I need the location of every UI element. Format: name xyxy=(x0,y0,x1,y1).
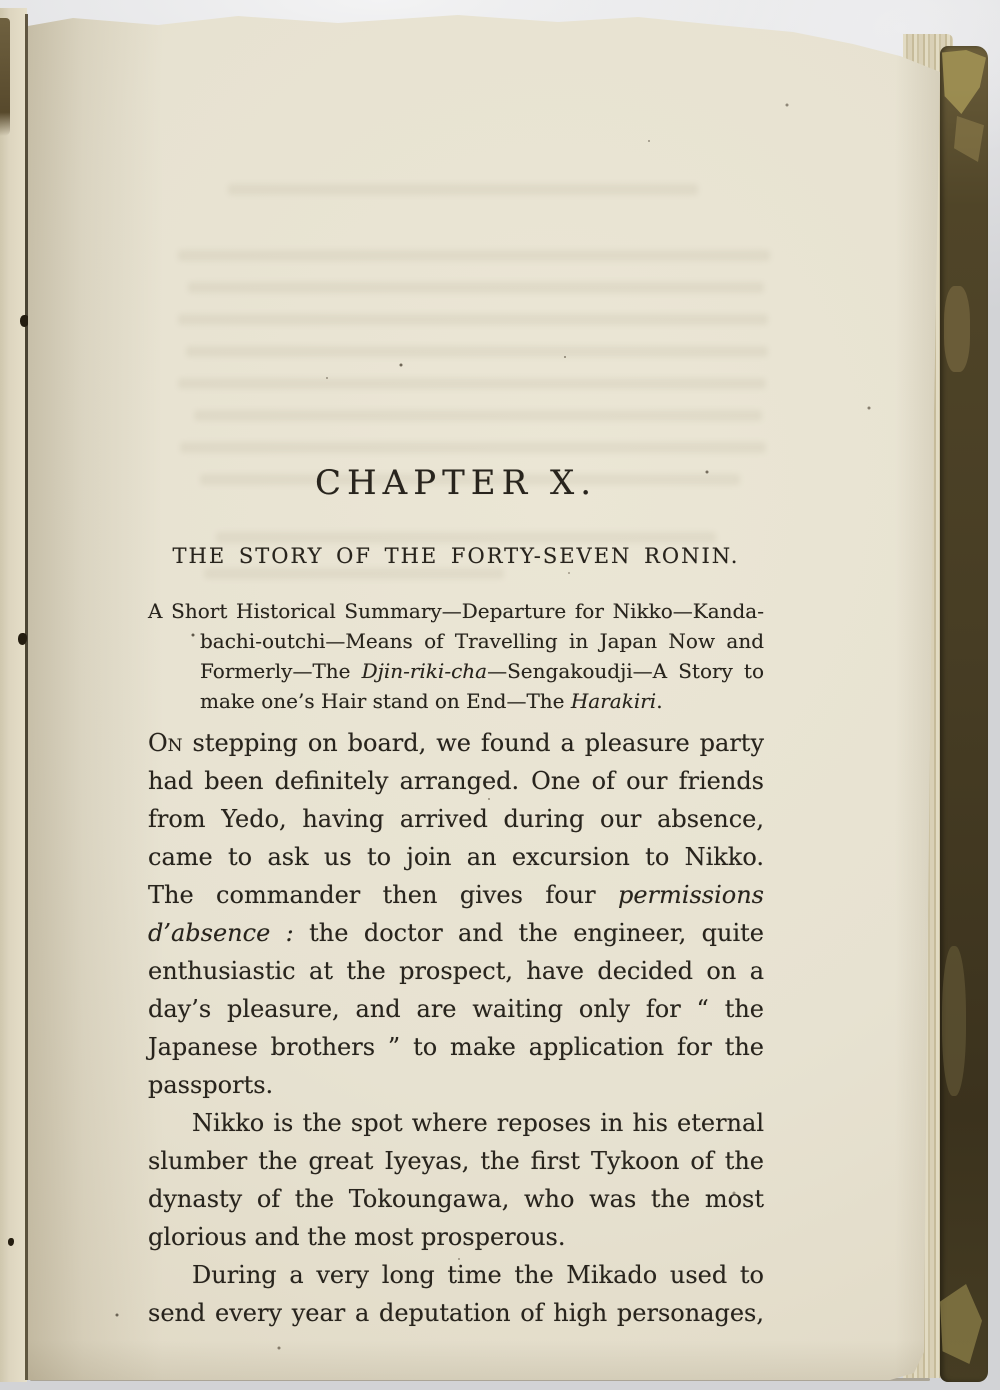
cover-tear xyxy=(944,286,970,372)
book-photo: CHAPTER X. THE STORY OF THE FORTY-SEVEN … xyxy=(0,0,1000,1390)
section-title: THE STORY OF THE FORTY-SEVEN RONIN. xyxy=(148,542,764,570)
cover-tear xyxy=(954,116,984,162)
text-line: Nikko is the spot where reposes in his e… xyxy=(148,1104,764,1142)
summary-line: make one’s Hair stand on End—The Harakir… xyxy=(148,686,764,716)
gutter-line xyxy=(25,14,28,1380)
summary-line: A Short Historical Summary—Departure for… xyxy=(148,596,764,626)
text-line: send every year a deputation of high per… xyxy=(148,1294,764,1332)
text-line: On stepping on board, we found a pleasur… xyxy=(148,724,764,762)
summary-line: bachi-outchi—Means of Travelling in Japa… xyxy=(148,626,764,656)
chapter-title: CHAPTER X. xyxy=(148,464,764,502)
book-cover-edge xyxy=(940,46,988,1382)
body-text: On stepping on board, we found a pleasur… xyxy=(148,724,764,1332)
summary-line: Formerly—The Djin-riki-cha—Sengakoudji—A… xyxy=(148,656,764,686)
text-line: d’absence : the doctor and the engineer,… xyxy=(148,914,764,952)
text-line: Japanese brothers ” to make application … xyxy=(148,1028,764,1066)
text-line: from Yedo, having arrived during our abs… xyxy=(148,800,764,838)
text-line: had been definitely arranged. One of our… xyxy=(148,762,764,800)
text-line: passports. xyxy=(148,1066,764,1104)
ink-speck xyxy=(28,12,30,14)
cover-tear xyxy=(942,946,966,1096)
text-line: enthusiastic at the prospect, have decid… xyxy=(148,952,764,990)
text-line: During a very long time the Mikado used … xyxy=(148,1256,764,1294)
page-text: CHAPTER X. THE STORY OF THE FORTY-SEVEN … xyxy=(148,12,764,1332)
book-page: CHAPTER X. THE STORY OF THE FORTY-SEVEN … xyxy=(28,12,940,1380)
text-line: slumber the great Iyeyas, the first Tyko… xyxy=(148,1142,764,1180)
text-line: The commander then gives four permission… xyxy=(148,876,764,914)
cover-left-tip xyxy=(0,18,10,136)
facing-page-edge xyxy=(0,8,27,1382)
text-line: came to ask us to join an excursion to N… xyxy=(148,838,764,876)
text-line: glorious and the most prosperous. xyxy=(148,1218,764,1256)
text-line: dynasty of the Tokoungawa, who was the m… xyxy=(148,1180,764,1218)
cover-tear xyxy=(940,1284,982,1364)
text-line: day’s pleasure, and are waiting only for… xyxy=(148,990,764,1028)
summary-block: A Short Historical Summary—Departure for… xyxy=(148,596,764,716)
cover-tear xyxy=(942,50,986,114)
